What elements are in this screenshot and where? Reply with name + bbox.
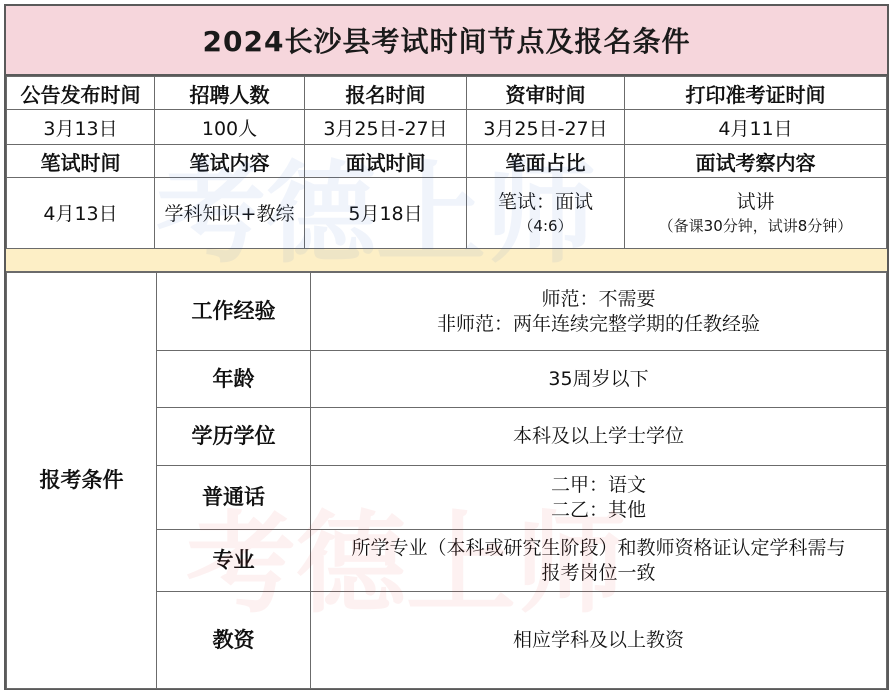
announcement-date: 3月13日 — [7, 110, 155, 145]
condition-value: 师范：不需要 非师范：两年连续完整学期的任教经验 — [311, 273, 887, 351]
condition-line: 报考岗位一致 — [311, 561, 886, 586]
condition-line: 二甲：语文 — [311, 473, 886, 498]
schedule-header-row-2: 笔试时间 笔试内容 面试时间 笔面占比 面试考察内容 — [7, 145, 887, 178]
interview-content-line-2: （备课30分钟，试讲8分钟） — [625, 214, 886, 238]
condition-value: 所学专业（本科或研究生阶段）和教师资格证认定学科需与 报考岗位一致 — [311, 530, 887, 592]
condition-name: 专业 — [157, 530, 311, 592]
condition-name: 工作经验 — [157, 273, 311, 351]
header-written-exam-content: 笔试内容 — [155, 145, 305, 178]
admission-print-time: 4月11日 — [625, 110, 887, 145]
condition-name: 教资 — [157, 592, 311, 689]
header-registration-time: 报名时间 — [305, 77, 467, 110]
page-title: 2024长沙县考试时间节点及报名条件 — [203, 20, 691, 60]
header-interview-date: 面试时间 — [305, 145, 467, 178]
title-bar: 2024长沙县考试时间节点及报名条件 — [6, 6, 887, 76]
registration-time: 3月25日-27日 — [305, 110, 467, 145]
schedule-header-row-1: 公告发布时间 招聘人数 报名时间 资审时间 打印准考证时间 — [7, 77, 887, 110]
interview-content: 试讲 （备课30分钟，试讲8分钟） — [625, 178, 887, 251]
review-time: 3月25日-27日 — [467, 110, 625, 145]
recruit-count: 100人 — [155, 110, 305, 145]
interview-date: 5月18日 — [305, 178, 467, 251]
header-review-time: 资审时间 — [467, 77, 625, 110]
header-score-ratio: 笔面占比 — [467, 145, 625, 178]
header-recruit-count: 招聘人数 — [155, 77, 305, 110]
condition-value: 二甲：语文 二乙：其他 — [311, 466, 887, 530]
schedule-value-row-2: 4月13日 学科知识+教综 5月18日 笔试：面试 （4:6） 试讲 （备课30… — [7, 178, 887, 251]
condition-line: 二乙：其他 — [311, 498, 886, 523]
header-interview-content: 面试考察内容 — [625, 145, 887, 178]
condition-value: 相应学科及以上教资 — [311, 592, 887, 689]
written-exam-date: 4月13日 — [7, 178, 155, 251]
header-admission-print-time: 打印准考证时间 — [625, 77, 887, 110]
condition-line: 师范：不需要 — [311, 287, 886, 312]
header-written-exam-date: 笔试时间 — [7, 145, 155, 178]
condition-line: 本科及以上学士学位 — [311, 424, 886, 449]
score-ratio-line-2: （4:6） — [467, 214, 624, 238]
interview-content-line-1: 试讲 — [625, 190, 886, 214]
condition-line: 非师范：两年连续完整学期的任教经验 — [311, 312, 886, 337]
condition-name: 年龄 — [157, 351, 311, 408]
condition-value: 35周岁以下 — [311, 351, 887, 408]
condition-name: 普通话 — [157, 466, 311, 530]
schedule-value-row-1: 3月13日 100人 3月25日-27日 3月25日-27日 4月11日 — [7, 110, 887, 145]
written-exam-content: 学科知识+教综 — [155, 178, 305, 251]
condition-line: 相应学科及以上教资 — [311, 628, 886, 653]
score-ratio: 笔试：面试 （4:6） — [467, 178, 625, 251]
condition-line: 35周岁以下 — [311, 367, 886, 392]
separator-band — [6, 248, 887, 272]
info-table: 2024长沙县考试时间节点及报名条件 公告发布时间 招聘人数 报名时间 资审时间… — [4, 4, 889, 690]
condition-name: 学历学位 — [157, 408, 311, 466]
condition-row: 报考条件 工作经验 师范：不需要 非师范：两年连续完整学期的任教经验 — [7, 273, 887, 351]
condition-line: 所学专业（本科或研究生阶段）和教师资格证认定学科需与 — [311, 536, 886, 561]
conditions-table: 报考条件 工作经验 师范：不需要 非师范：两年连续完整学期的任教经验 年龄 35… — [6, 272, 887, 689]
condition-value: 本科及以上学士学位 — [311, 408, 887, 466]
conditions-label: 报考条件 — [7, 273, 157, 689]
header-announcement-date: 公告发布时间 — [7, 77, 155, 110]
schedule-table: 公告发布时间 招聘人数 报名时间 资审时间 打印准考证时间 3月13日 100人… — [6, 76, 887, 251]
score-ratio-line-1: 笔试：面试 — [467, 190, 624, 214]
